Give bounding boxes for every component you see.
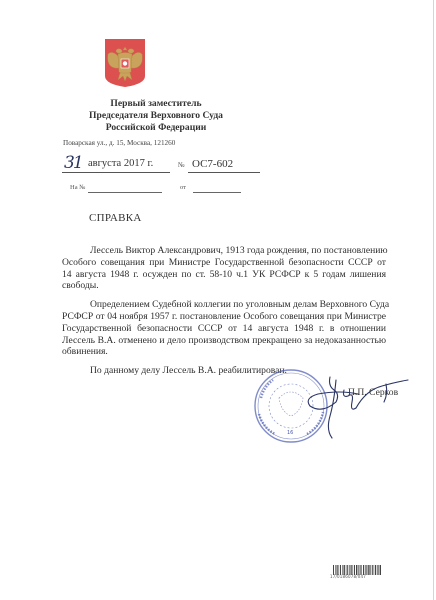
org-line-2: Председателя Верховного Суда: [62, 110, 250, 122]
paragraph-annulment: Определением Судебной коллегии по уголов…: [62, 299, 386, 358]
document-body: Лессель Виктор Александрович, 1913 года …: [62, 245, 386, 384]
org-line-1: Первый заместитель: [62, 98, 250, 110]
organization-header: Первый заместитель Председателя Верховно…: [62, 98, 250, 134]
stamp-center-text: 16: [287, 430, 293, 436]
handwritten-day: 31: [64, 153, 82, 173]
org-line-3: Российской Федерации: [62, 122, 250, 134]
number-label: №: [178, 161, 185, 169]
body-line: Определением Судебной коллегии по уголов…: [62, 299, 386, 311]
body-line: Особого совещания при Министре Государст…: [62, 257, 386, 269]
date-month-year: августа 2017 г.: [88, 158, 153, 169]
signatory-name: П.П. Серков: [348, 387, 398, 398]
date-number-row: 31 августа 2017 г. № ОС7-602: [62, 155, 262, 175]
body-line: свободы.: [62, 280, 386, 292]
body-line: 14 августа 1948 г. осужден по ст. 58-10 …: [62, 269, 386, 281]
org-address: Поварская ул., д. 15, Москва, 121260: [63, 139, 233, 147]
body-line: обвинения.: [62, 346, 386, 358]
body-line: Лессель В.А. отменено и дело производств…: [62, 335, 386, 347]
reference-date-blank: [193, 192, 241, 193]
reference-number-label: На №: [70, 184, 85, 191]
document-title: СПРАВКА: [89, 212, 142, 224]
reference-from-label: от: [180, 184, 186, 191]
reference-row: На № от: [62, 183, 262, 197]
document-page: Первый заместитель Председателя Верховно…: [0, 0, 436, 600]
reference-number-blank: [88, 192, 162, 193]
barcode-number: 17/0186078/047: [330, 574, 366, 579]
body-line: РСФСР от 04 ноября 1957 г. постановление…: [62, 311, 386, 323]
paragraph-conviction: Лессель Виктор Александрович, 1913 года …: [62, 245, 386, 292]
russian-coat-of-arms-icon: [104, 38, 146, 88]
document-number: ОС7-602: [192, 158, 233, 170]
body-line: Государственной безопасности СССР от 14 …: [62, 323, 386, 335]
body-line: Лессель Виктор Александрович, 1913 года …: [62, 245, 386, 257]
number-underline: [188, 172, 260, 173]
date-underline: [62, 172, 170, 173]
scan-edge-line: [433, 0, 434, 600]
handwritten-signature-icon: [300, 372, 410, 444]
